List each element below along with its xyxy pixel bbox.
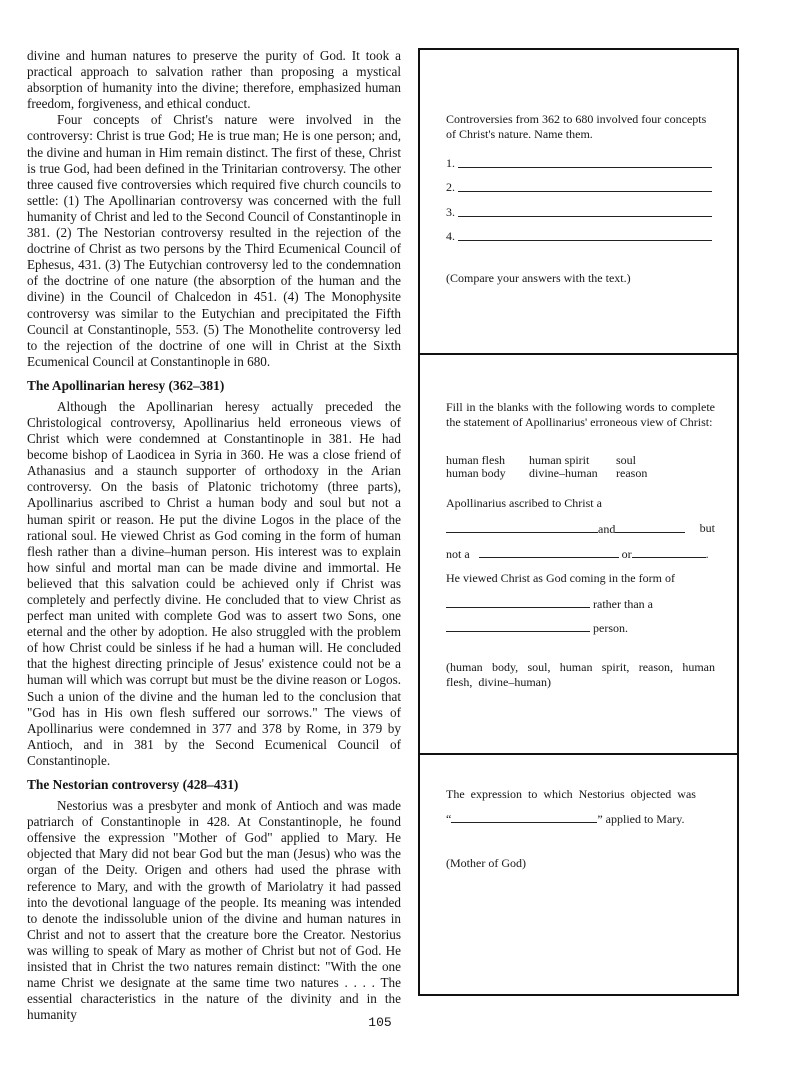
answer-line[interactable]: [458, 167, 712, 168]
q1-blank-4[interactable]: 4.: [446, 229, 712, 243]
word-bank-item: divine–human: [529, 467, 616, 480]
exercise-box: Controversies from 362 to 680 involved f…: [418, 48, 739, 996]
q1-blank-3[interactable]: 3.: [446, 205, 712, 219]
blank-number: 2.: [446, 180, 458, 195]
answer-line[interactable]: [458, 240, 712, 241]
q2-statement-line-6: person.: [446, 620, 715, 636]
q1-prompt: Controversies from 362 to 680 involved f…: [446, 112, 715, 141]
intro-paragraph-2: Four concepts of Christ's nature were in…: [27, 112, 401, 370]
q3-prompt: The expression to which Nestorius object…: [446, 787, 715, 802]
period: .: [706, 547, 709, 561]
q1-answer: (Compare your answers with the text.): [446, 271, 631, 286]
applied-to-mary-text: ” applied to Mary.: [597, 812, 684, 826]
q2-statement-line-3: not a or.: [446, 546, 715, 562]
word-rather-than: rather than a: [593, 597, 653, 611]
blank-number: 4.: [446, 229, 458, 244]
word-bank-item: reason: [616, 467, 676, 480]
word-but: but: [700, 521, 715, 536]
blank-human-flesh[interactable]: [446, 596, 590, 608]
intro-paragraph-1: divine and human natures to preserve the…: [27, 48, 401, 112]
blank-soul[interactable]: [615, 521, 685, 533]
word-or: or: [622, 547, 632, 561]
q2-prompt: Fill in the blanks with the following wo…: [446, 400, 715, 429]
blank-mother-of-god[interactable]: [451, 811, 597, 823]
nestorian-paragraph: Nestorius was a presbyter and monk of An…: [27, 798, 401, 1023]
page-number: 105: [0, 1015, 760, 1030]
q2-statement-line-1: Apollinarius ascribed to Christ a: [446, 496, 715, 511]
answer-line[interactable]: [458, 216, 712, 217]
blank-divine-human[interactable]: [446, 620, 590, 632]
exercise-panel-1: Controversies from 362 to 680 involved f…: [420, 50, 737, 353]
blank-reason[interactable]: [632, 546, 706, 558]
main-text-column: divine and human natures to preserve the…: [27, 48, 401, 1023]
q2-answer: (human body, soul, human spirit, reason,…: [446, 660, 715, 689]
q1-blank-1[interactable]: 1.: [446, 156, 712, 170]
blank-human-body[interactable]: [446, 521, 598, 533]
answer-line[interactable]: [458, 191, 712, 192]
section-heading-nestorian: The Nestorian controversy (428–431): [27, 777, 401, 793]
section-heading-apollinarian: The Apollinarian heresy (362–381): [27, 378, 401, 394]
q2-statement-line-5: rather than a: [446, 596, 715, 612]
word-person: person.: [593, 621, 628, 635]
apollinarian-paragraph: Although the Apollinarian heresy actuall…: [27, 399, 401, 769]
q2-statement-line-2: and but: [446, 521, 715, 537]
q1-blank-2[interactable]: 2.: [446, 180, 712, 194]
q3-blank-line: “” applied to Mary.: [446, 811, 685, 827]
q2-statement-line-4: He viewed Christ as God coming in the fo…: [446, 571, 715, 586]
exercise-panel-2: Fill in the blanks with the following wo…: [420, 353, 737, 753]
blank-number: 1.: [446, 156, 458, 171]
q3-answer: (Mother of God): [446, 856, 526, 871]
word-bank-item: human body: [446, 467, 529, 480]
blank-number: 3.: [446, 205, 458, 220]
blank-human-spirit[interactable]: [479, 546, 619, 558]
word-and: and: [598, 522, 615, 536]
word-bank: human flesh human spirit soul human body…: [446, 454, 676, 480]
exercise-panel-3: The expression to which Nestorius object…: [420, 753, 737, 996]
word-not-a: not a: [446, 547, 470, 561]
